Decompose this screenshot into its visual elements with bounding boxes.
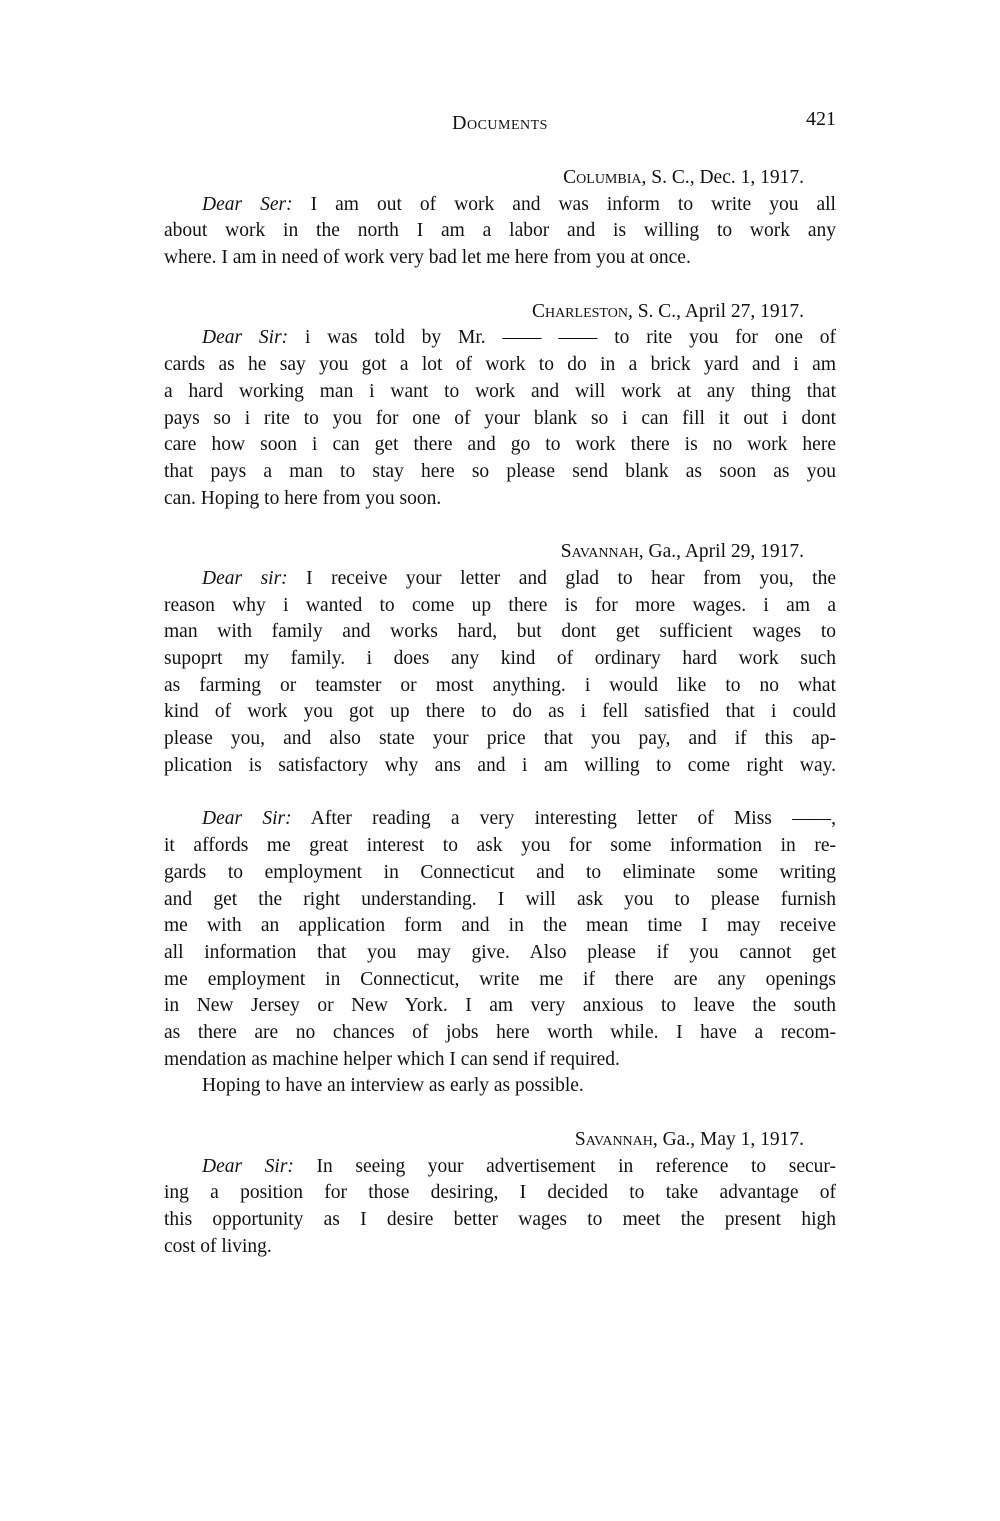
letter-body: Dear Sir: After reading a very interesti… [164,806,836,1100]
letter-line: about work in the north I am a labor and… [164,218,836,245]
spacer [164,779,836,806]
letter-line: where. I am in need of work very bad let… [164,245,836,272]
letter-line: mendation as machine helper which I can … [164,1047,836,1074]
dateline-place: Columbia [563,167,641,188]
letter-line: as there are no chances of jobs here wor… [164,1020,836,1047]
running-head: Documents 421 [164,108,836,138]
letter-line: this opportunity as I desire better wage… [164,1207,836,1234]
letter-line: can. Hoping to here from you soon. [164,486,836,513]
dateline-date: , S. C., April 27, 1917. [628,301,804,322]
letter-savannah-may: Savannah, Ga., May 1, 1917. Dear Sir: In… [164,1127,836,1260]
salutation: Dear sir: [202,568,288,589]
letter-line: Dear sir: I receive your letter and glad… [164,566,836,593]
salutation: Dear Ser: [202,194,293,215]
letter-line: cards as he say you got a lot of work to… [164,352,836,379]
letter-line: and get the right understanding. I will … [164,887,836,914]
letter-line: Dear Sir: In seeing your advertisement i… [164,1154,836,1181]
letter-line: that pays a man to stay here so please s… [164,459,836,486]
letter-line: supoprt my family. i does any kind of or… [164,646,836,673]
letter-line: in New Jersey or New York. I am very anx… [164,993,836,1020]
salutation: Dear Sir: [202,1156,294,1177]
letter-line: Dear Sir: After reading a very interesti… [164,806,836,833]
dateline-date: , S. C., Dec. 1, 1917. [642,167,805,188]
letter-columbia: Columbia, S. C., Dec. 1, 1917. Dear Ser:… [164,165,836,272]
letter-line: care how soon i can get there and go to … [164,432,836,459]
letter-line: ing a position for those desiring, I dec… [164,1180,836,1207]
spacer [164,272,836,299]
letter-body: Dear Sir: In seeing your advertisement i… [164,1154,836,1261]
running-head-title: Documents [164,112,836,135]
letter-line: kind of work you got up there to do as i… [164,699,836,726]
letter-line: Dear Sir: i was told by Mr. —— —— to rit… [164,325,836,352]
salutation: Dear Sir: [202,327,288,348]
dateline-place: Savannah [561,541,639,562]
dateline: Charleston, S. C., April 27, 1917. [164,299,836,326]
letter-line: cost of living. [164,1234,836,1261]
document-page: Documents 421 Columbia, S. C., Dec. 1, 1… [164,108,836,1261]
dateline: Columbia, S. C., Dec. 1, 1917. [164,165,836,192]
letter-line: a hard working man i want to work and wi… [164,379,836,406]
dateline-date: , Ga., May 1, 1917. [653,1129,804,1150]
letter-line: gards to employment in Connecticut and t… [164,860,836,887]
letter-body: Dear Ser: I am out of work and was infor… [164,192,836,272]
letter-line: pays so i rite to you for one of your bl… [164,406,836,433]
letter-line: me with an application form and in the m… [164,913,836,940]
dateline: Savannah, Ga., May 1, 1917. [164,1127,836,1154]
letter-line: me employment in Connecticut, write me i… [164,967,836,994]
letter-line: Dear Ser: I am out of work and was infor… [164,192,836,219]
letter-line: as farming or teamster or most anything.… [164,673,836,700]
page-number: 421 [806,108,836,131]
letter-line: all information that you may give. Also … [164,940,836,967]
letter-savannah-april: Savannah, Ga., April 29, 1917. Dear sir:… [164,539,836,779]
letter-body: Dear Sir: i was told by Mr. —— —— to rit… [164,325,836,512]
letter-line: please you, and also state your price th… [164,726,836,753]
letter-line: plication is satisfactory why ans and i … [164,753,836,780]
dateline-place: Savannah [575,1129,653,1150]
letter-charleston: Charleston, S. C., April 27, 1917. Dear … [164,299,836,513]
spacer [164,1100,836,1127]
letter-line: reason why i wanted to come up there is … [164,593,836,620]
letter-undated: Dear Sir: After reading a very interesti… [164,806,836,1100]
letter-line: it affords me great interest to ask you … [164,833,836,860]
salutation: Dear Sir: [202,808,292,829]
letter-line: man with family and works hard, but dont… [164,619,836,646]
letter-closing: Hoping to have an interview as early as … [164,1073,836,1100]
spacer [164,512,836,539]
dateline-place: Charleston [532,301,628,322]
dateline: Savannah, Ga., April 29, 1917. [164,539,836,566]
dateline-date: , Ga., April 29, 1917. [639,541,804,562]
letter-body: Dear sir: I receive your letter and glad… [164,566,836,780]
spacer [164,138,836,165]
